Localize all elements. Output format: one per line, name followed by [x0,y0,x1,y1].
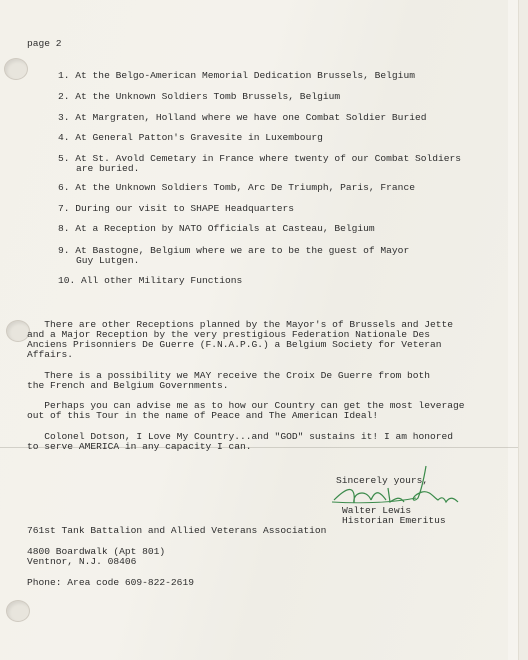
list-item-3: 3. At Margraten, Holland where we have o… [58,112,426,123]
punch-hole-bottom [6,600,30,622]
handwritten-signature [326,458,466,508]
list-item-1: 1. At the Belgo-American Memorial Dedica… [58,70,415,81]
list-item-5-continued: are buried. [76,163,139,174]
list-item-8: 8. At a Reception by NATO Officials at C… [58,223,375,234]
punch-hole-top [4,58,28,80]
paragraph-honored-line-2: to serve AMERICA in any capacity I can. [27,441,252,452]
address-line-2: Ventnor, N.J. 08406 [27,556,136,567]
list-item-10: 10. All other Military Functions [58,275,242,286]
list-item-9-continued: Guy Lutgen. [76,255,139,266]
signer-title: Historian Emeritus [342,515,446,526]
list-item-2: 2. At the Unknown Soldiers Tomb Brussels… [58,91,340,102]
paragraph-croix-line-2: the French and Belgium Governments. [27,380,229,391]
paragraph-receptions-line-4: Affairs. [27,349,73,360]
phone-number: Phone: Area code 609-822-2619 [27,577,194,588]
paragraph-advise-line-2: out of this Tour in the name of Peace an… [27,410,378,421]
page-label: page 2 [27,38,62,49]
list-item-4: 4. At General Patton's Gravesite in Luxe… [58,132,323,143]
paragraph-receptions-line-3: Anciens Prisonniers De Guerre (F.N.A.P.G… [27,339,442,350]
organization-name: 761st Tank Battalion and Allied Veterans… [27,525,326,536]
paper-edge [508,0,518,660]
list-item-7: 7. During our visit to SHAPE Headquarter… [58,203,294,214]
letter-page: page 2 1. At the Belgo-American Memorial… [0,0,519,660]
list-item-6: 6. At the Unknown Soldiers Tomb, Arc De … [58,182,415,193]
